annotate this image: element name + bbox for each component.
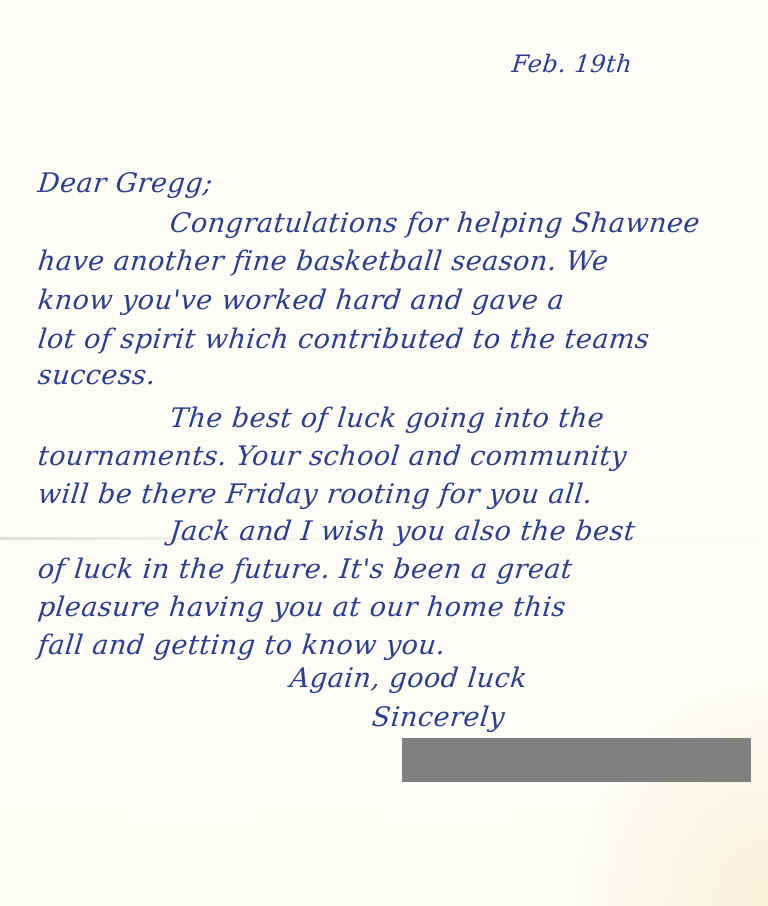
paragraph-2-line-2: tournaments. Your school and community [37,443,629,470]
letter-salutation: Dear Gregg; [37,170,215,197]
paragraph-3-line-2: of luck in the future. It's been a great [37,556,574,583]
paragraph-3-line-1: Jack and I wish you also the best [169,518,637,545]
letter-closing: Again, good luck [289,665,529,692]
paragraph-3-line-4: fall and getting to know you. [37,632,447,659]
paragraph-1-line-5: success. [37,362,158,389]
paragraph-1-line-4: lot of spirit which contributed to the t… [37,326,651,353]
paragraph-1-line-1: Congratulations for helping Shawnee [169,210,702,237]
paragraph-2-line-1: The best of luck going into the [169,405,606,432]
letter-date: Feb. 19th [511,52,634,76]
letter-paper: Feb. 19th Dear Gregg; Congratulations fo… [0,0,768,906]
signature-redaction-box [402,738,751,782]
paragraph-3-line-3: pleasure having you at our home this [37,594,568,621]
paragraph-2-line-3: will be there Friday rooting for you all… [37,481,594,508]
paragraph-1-line-3: know you've worked hard and gave a [37,287,566,314]
letter-signoff: Sincerely [371,704,507,731]
paragraph-1-line-2: have another fine basketball season. We [37,248,610,275]
